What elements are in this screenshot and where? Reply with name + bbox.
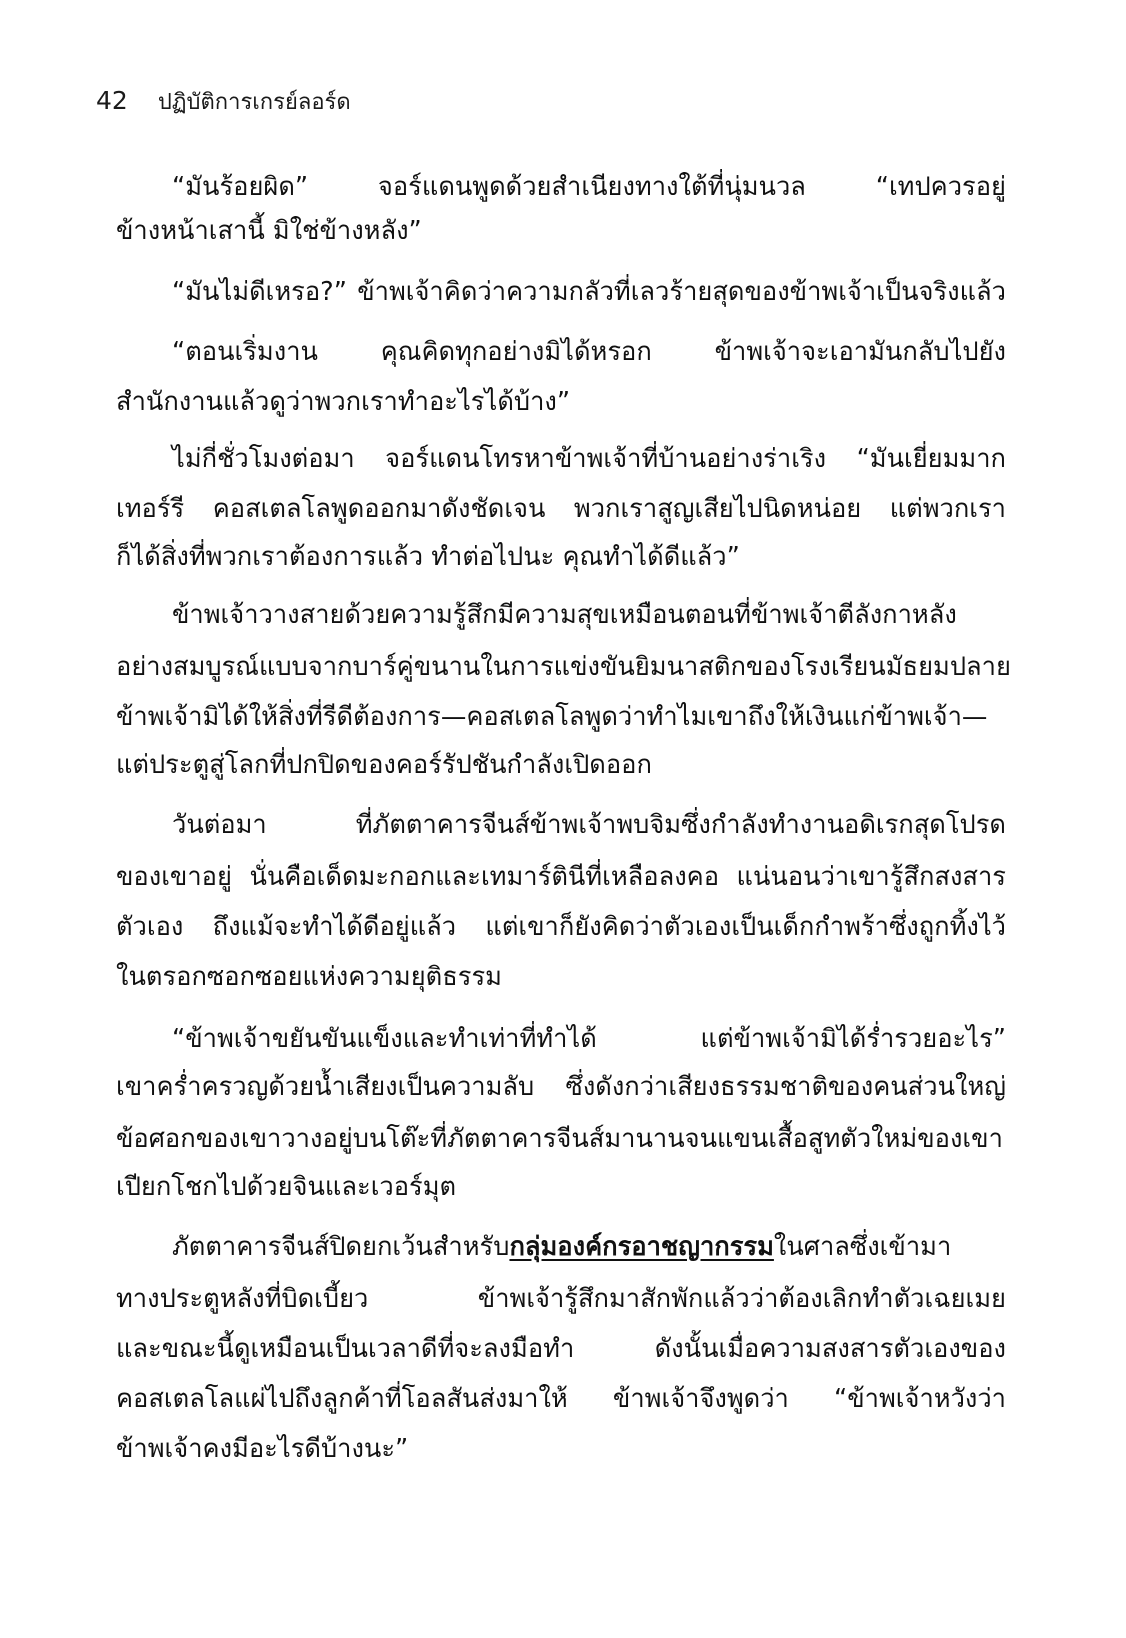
book-page: 42 ปฏิบัติการเกรย์ลอร์ด “มันร้อยผิด” จอร… [0,0,1126,1638]
page-number: 42 [96,86,128,115]
text-line: “มันร้อยผิด” จอร์แดนพูดด้วยสำเนียงทางใต้… [172,165,1006,209]
emphasized-term: กลุ่มองค์กรอาชญากรรม [509,1232,773,1262]
line-text: ในศาลซึ่งเข้ามา [774,1232,951,1262]
text-line: ข้าพเจ้ามิได้ให้สิ่งที่รีดีต้องการ—คอสเต… [116,695,1006,739]
text-line: ก็ได้สิ่งที่พวกเราต้องการแล้ว ทำต่อไปนะ … [116,535,1006,579]
text-line: เปียกโชกไปด้วยจินและเวอร์มุต [116,1165,1006,1209]
text-line: ข้อศอกของเขาวางอยู่บนโต๊ะที่ภัตตาคารจีนส… [116,1117,1006,1161]
text-line: วันต่อมา ที่ภัตตาคารจีนส์ข้าพเจ้าพบจิมซึ… [172,803,1006,847]
text-line: สำนักงานแล้วดูว่าพวกเราทำอะไรได้บ้าง” [116,380,1006,424]
text-line: ตัวเอง ถึงแม้จะทำได้ดีอยู่แล้ว แต่เขาก็ย… [116,905,1006,949]
text-line: ในตรอกซอกซอยแห่งความยุติธรรม [116,955,1006,999]
text-line: ไม่กี่ชั่วโมงต่อมา จอร์แดนโทรหาข้าพเจ้าท… [172,437,1006,481]
book-title: ปฏิบัติการเกรย์ลอร์ด [158,84,351,119]
text-line: ภัตตาคารจีนส์ปิดยกเว้นสำหรับกลุ่มองค์กรอ… [172,1225,1006,1269]
text-line: “มันไม่ดีเหรอ?” ข้าพเจ้าคิดว่าความกลัวที… [172,270,1006,314]
text-line: เขาคร่ำครวญด้วยน้ำเสียงเป็นความลับ ซึ่งด… [116,1065,1006,1109]
text-line: คอสเตลโลแผ่ไปถึงลูกค้าที่โอลสันส่งมาให้ … [116,1377,1006,1421]
text-line: ข้าพเจ้าคงมีอะไรดีบ้างนะ” [116,1427,1006,1471]
text-line: ข้างหน้าเสานี้ มิใช่ข้างหลัง” [116,209,1006,253]
text-line: ทางประตูหลังที่บิดเบี้ยว ข้าพเจ้ารู้สึกม… [116,1277,1006,1321]
text-line: และขณะนี้ดูเหมือนเป็นเวลาดีที่จะลงมือทำ … [116,1327,1006,1371]
line-text: ภัตตาคารจีนส์ปิดยกเว้นสำหรับ [172,1232,509,1262]
text-line: อย่างสมบูรณ์แบบจากบาร์คู่ขนานในการแข่งขั… [116,645,1006,689]
text-line: “ข้าพเจ้าขยันขันแข็งและทำเท่าที่ทำได้ แต… [172,1017,1006,1061]
text-line: ของเขาอยู่ นั่นคือเด็ดมะกอกและเทมาร์ตินี… [116,855,1006,899]
text-line: “ตอนเริ่มงาน คุณคิดทุกอย่างมิได้หรอก ข้า… [172,330,1006,374]
running-header: 42 ปฏิบัติการเกรย์ลอร์ด [96,84,351,120]
text-line: เทอร์รี คอสเตลโลพูดออกมาดังชัดเจน พวกเรา… [116,487,1006,531]
text-line: แต่ประตูสู่โลกที่ปกปิดของคอร์รัปชันกำลัง… [116,743,1006,787]
text-line: ข้าพเจ้าวางสายด้วยความรู้สึกมีความสุขเหม… [172,593,1006,637]
